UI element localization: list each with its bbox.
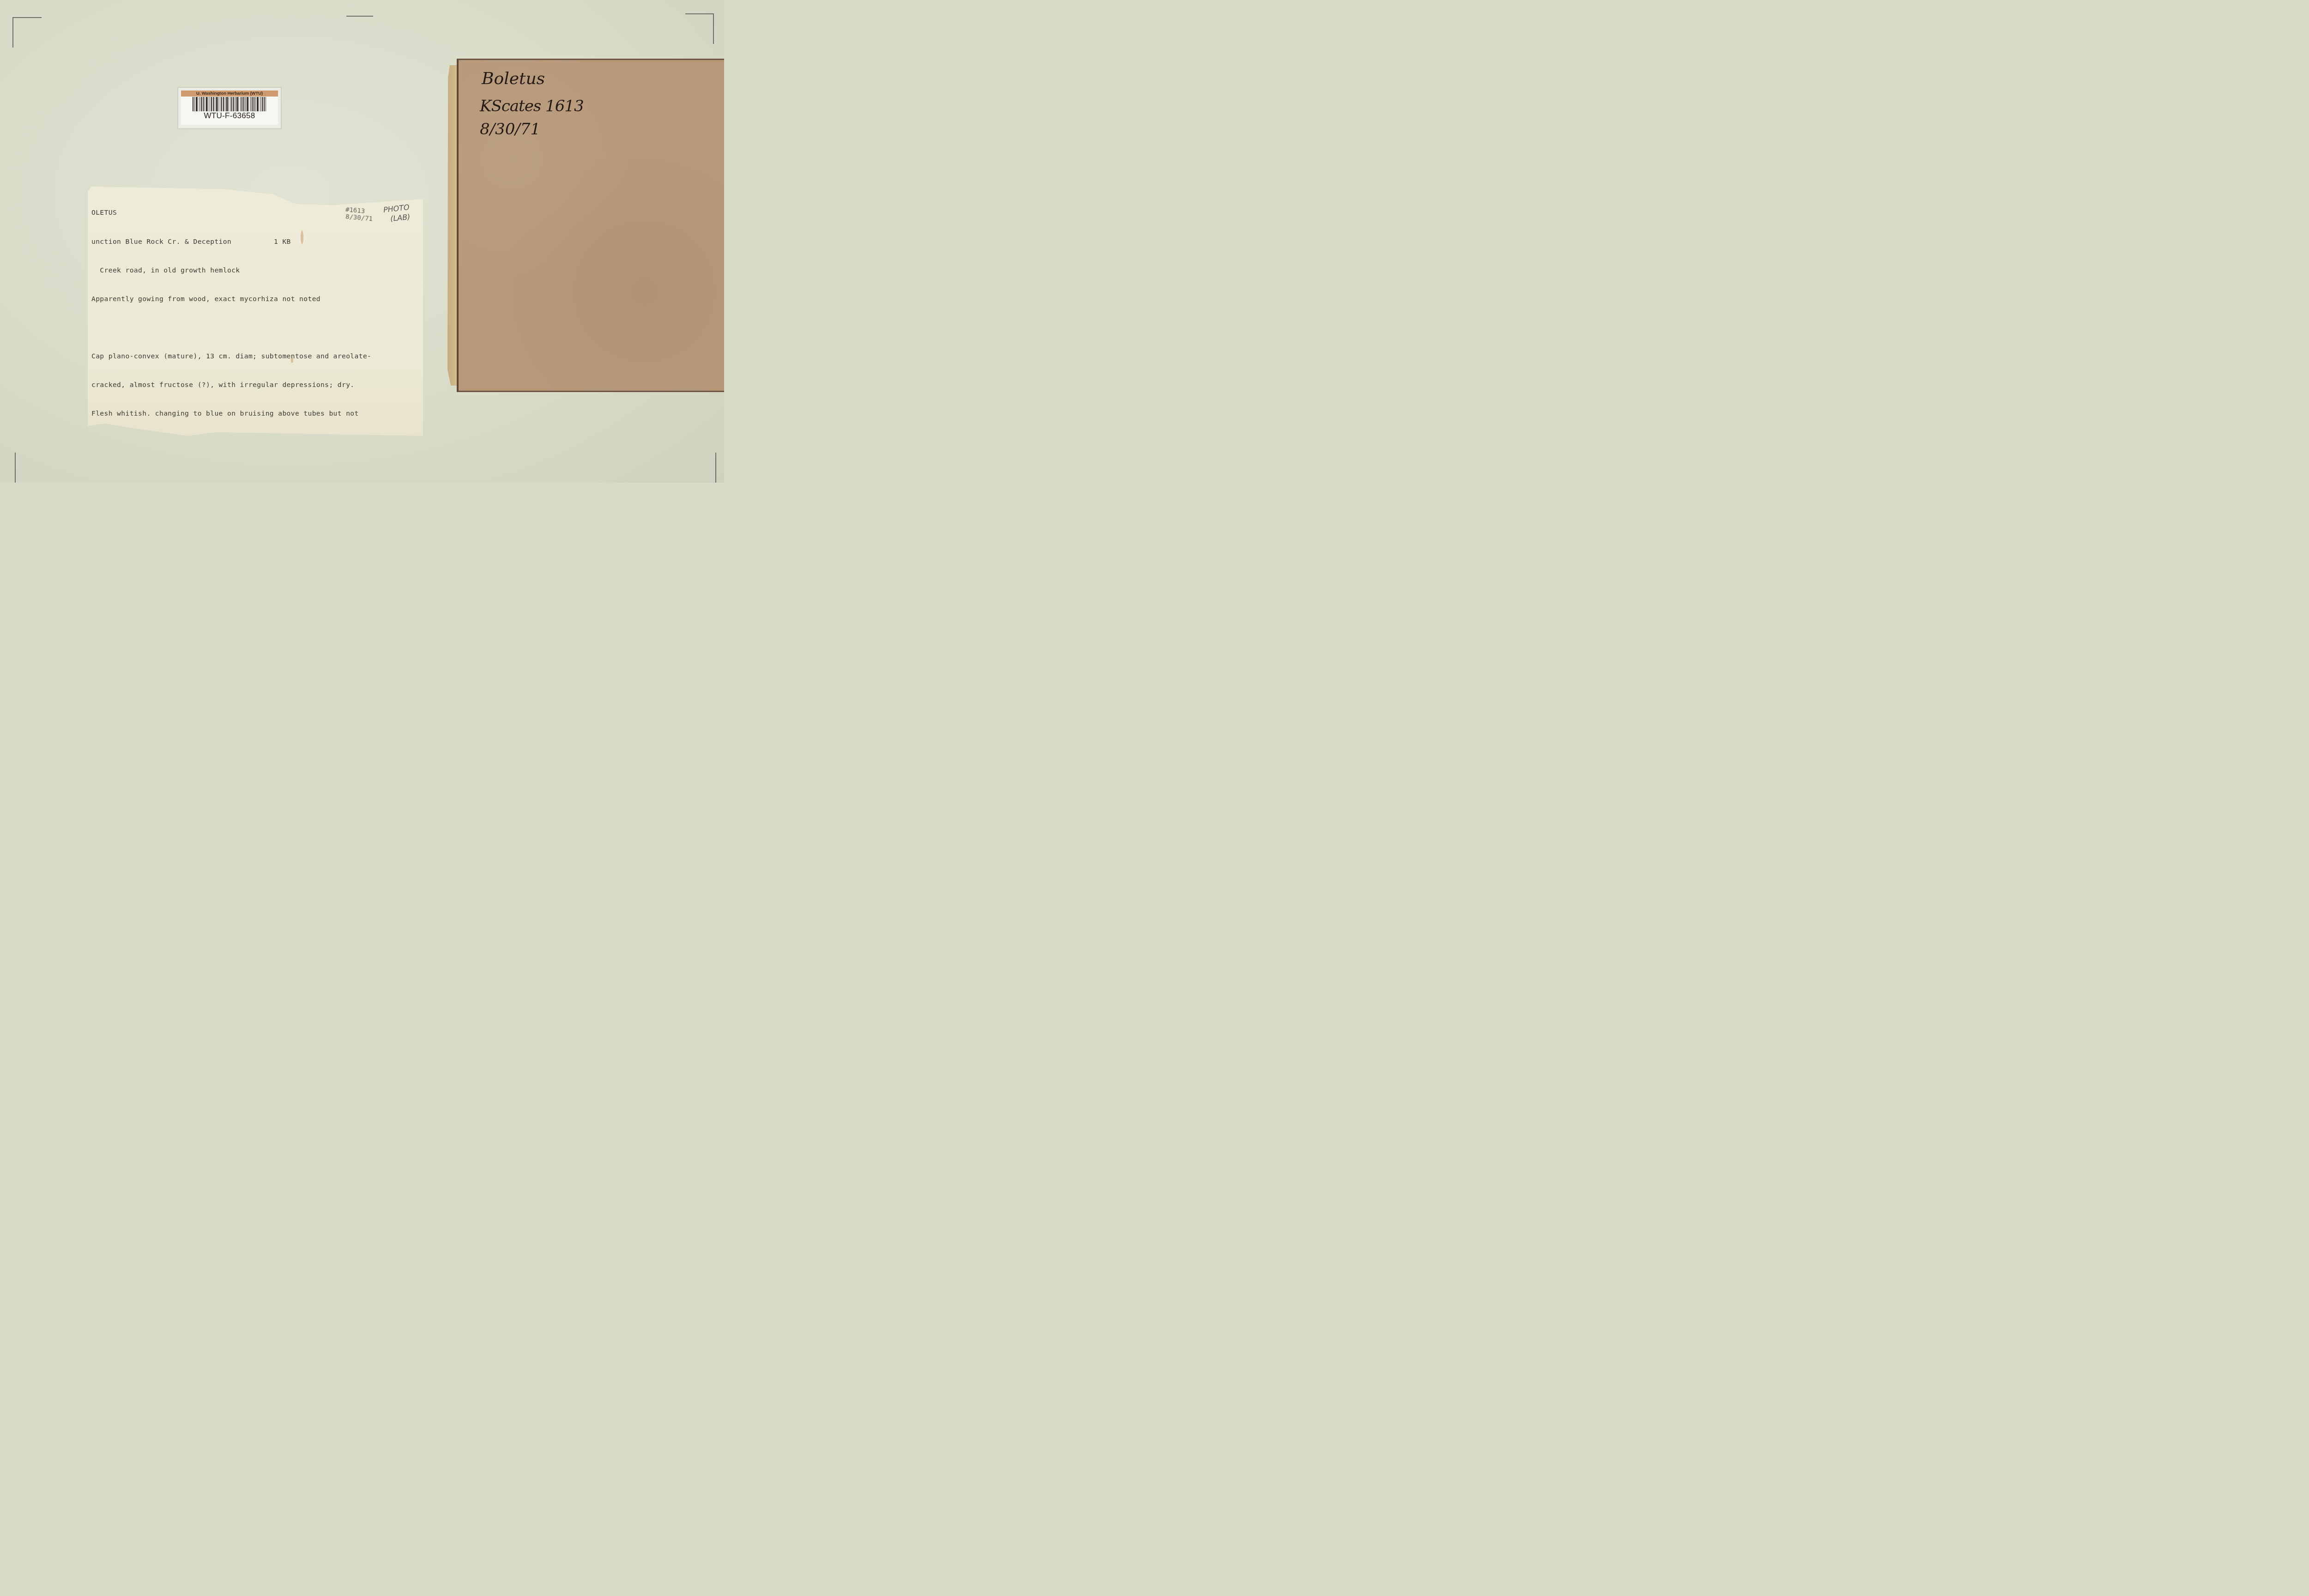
typed-collection-label: OLETUS unction Blue Rock Cr. & Deception… xyxy=(88,187,423,436)
label-line: Apparently gowing from wood, exact mycor… xyxy=(91,295,418,304)
herbarium-sheet: U. Washington Herbarium (WTU) WTU-F-6365… xyxy=(0,0,724,483)
label-line: Creek road, in old growth hemlock xyxy=(91,266,418,276)
specimen-packet: Boletus KScates 1613 8/30/71 xyxy=(447,59,724,392)
corner-mark-bottom-left-v xyxy=(15,453,16,483)
barcode-icon xyxy=(193,97,266,111)
label-line: Flesh whitish. changing to blue on bruis… xyxy=(91,409,418,419)
label-line: merely on exposure to air, at least on d… xyxy=(91,438,418,447)
packet-face: Boletus KScates 1613 8/30/71 xyxy=(457,59,724,392)
corner-mark-top-left-v xyxy=(12,17,13,48)
corner-mark-top-right-h xyxy=(685,13,714,14)
label-line: cracked, almost fructose (?), with irreg… xyxy=(91,381,418,390)
label-line: 5B2 or 5B2-3, turning reddish brown on a… xyxy=(91,466,418,476)
label-line-blank xyxy=(91,323,418,333)
packet-collector-number: KScates 1613 xyxy=(480,97,584,115)
corner-mark-bottom-right-v xyxy=(715,453,716,483)
corner-mark-top-right-v xyxy=(713,13,714,44)
corner-mark-top-left-h xyxy=(12,17,42,18)
label-line: unction Blue Rock Cr. & Deception 1 KB xyxy=(91,237,418,247)
institution-name: U. Washington Herbarium (WTU) xyxy=(181,91,278,97)
stain-mark xyxy=(87,427,91,435)
packet-date: 8/30/71 xyxy=(480,120,540,139)
label-line: Cap plano-convex (mature), 13 cm. diam; … xyxy=(91,352,418,362)
barcode-label: U. Washington Herbarium (WTU) WTU-F-6365… xyxy=(178,87,281,129)
packet-genus: Boletus xyxy=(482,69,545,88)
specimen-debris xyxy=(121,431,130,435)
specimen-debris xyxy=(146,436,156,438)
center-mark-top xyxy=(346,16,373,17)
label-text-block: OLETUS unction Blue Rock Cr. & Deception… xyxy=(91,189,418,483)
catalog-number: WTU-F-63658 xyxy=(181,111,278,121)
